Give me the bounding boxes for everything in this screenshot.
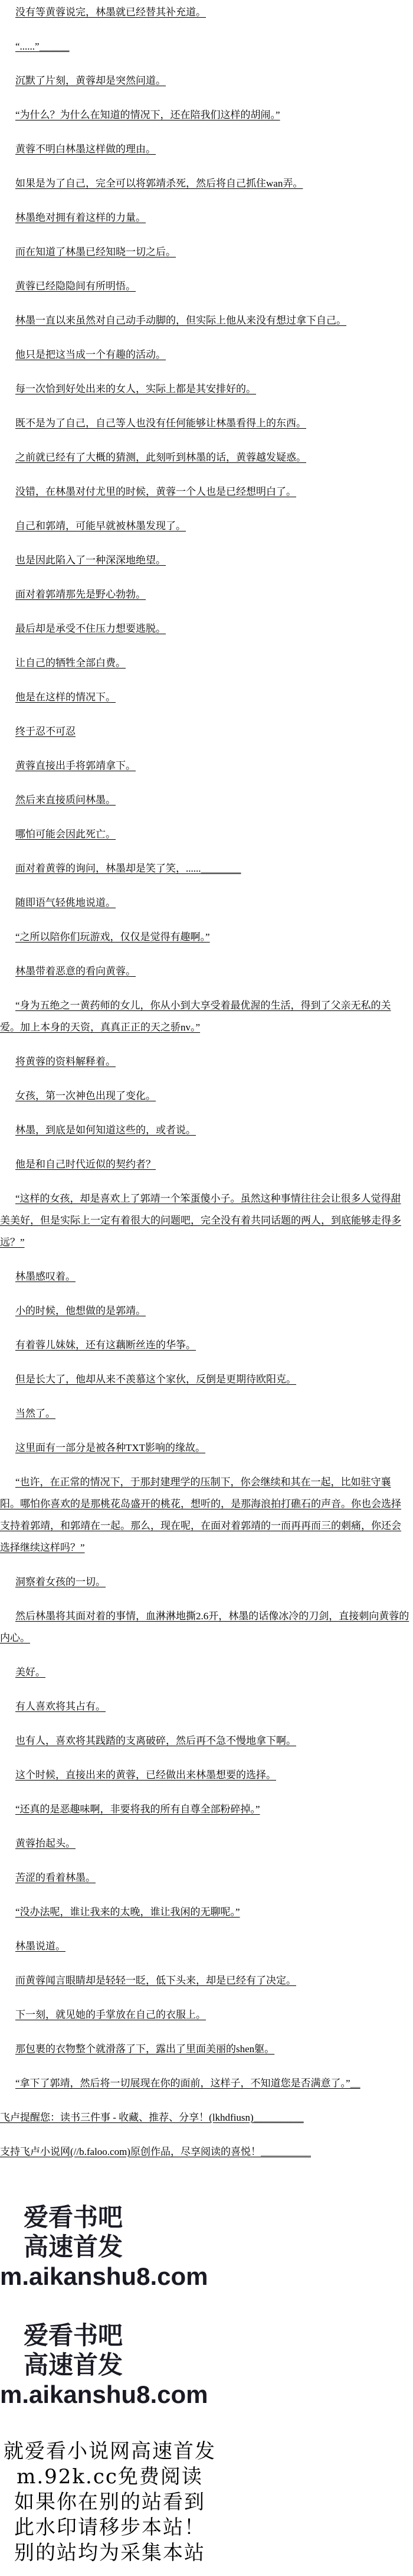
paragraph: 林墨说道。 (0, 1935, 411, 1957)
paragraph: 沉默了片刻，黄蓉却是突然问道。 (0, 70, 411, 92)
paragraph: 支持飞卢小说网(//b.faloo.com)原创作品，尽享阅读的喜悦！＿＿＿＿＿ (0, 2141, 411, 2163)
promo-site-name: 爱看书吧 (0, 2321, 413, 2350)
paragraph: 这里面有一部分是被各种TXT影响的缘故。 (0, 1437, 411, 1459)
paragraph: “拿下了郭靖，然后将一切展现在你的面前，这样子，不知道您是否满意了。”＿ (0, 2072, 411, 2094)
promo-block: 爱看书吧高速首发m.aikanshu8.com (0, 2321, 413, 2409)
paragraph: 美好。 (0, 1661, 411, 1683)
paragraph: 黄蓉已经隐隐间有所明悟。 (0, 275, 411, 297)
paragraph: “之所以陪你们玩游戏，仅仅是觉得有趣啊。” (0, 926, 411, 948)
paragraph: 这个时候，直接出来的黄蓉，已经做出来林墨想要的选择。 (0, 1764, 411, 1786)
paragraph: 林墨绝对拥有着这样的力量。 (0, 207, 411, 229)
watermark-line: 就爱看小说网高速首发 (0, 2439, 219, 2464)
watermark-block: 就爱看小说网高速首发m.92k.cc免费阅读如果你在别的站看到此水印请移步本站！… (0, 2439, 219, 2566)
paragraph: 之前就已经有了大概的猜测，此刻听到林墨的话，黄蓉越发疑惑。 (0, 446, 411, 468)
paragraph: 林墨，到底是如何知道这些的，或者说。 (0, 1119, 411, 1141)
paragraph: 黄蓉直接出手将郭靖拿下。 (0, 755, 411, 777)
paragraph: 既不是为了自己，自己等人也没有任何能够让林墨看得上的东西。 (0, 412, 411, 434)
paragraph: 女孩，第一次神色出现了变化。 (0, 1085, 411, 1107)
chapter-text: 没有等黄蓉说完，林墨就已经替其补充道。“......”＿＿＿沉默了片刻，黄蓉却是… (0, 0, 413, 2163)
paragraph: 黄蓉抬起头。 (0, 1832, 411, 1854)
promo-tagline: 高速首发 (0, 2350, 413, 2380)
paragraph: 随即语气轻佻地说道。 (0, 892, 411, 914)
paragraph: “没办法呢，谁让我来的太晚，谁让我闲的无聊呢。” (0, 1901, 411, 1923)
novel-reader-page: 没有等黄蓉说完，林墨就已经替其补充道。“......”＿＿＿沉默了片刻，黄蓉却是… (0, 0, 413, 2566)
paragraph: “为什么？为什么在知道的情况下，还在陪我们这样的胡闹。” (0, 104, 411, 126)
paragraph: “还真的是恶趣味啊，非要将我的所有自尊全部粉碎掉。” (0, 1798, 411, 1820)
paragraph: 下一刻，就见她的手掌放在自己的衣服上。 (0, 2004, 411, 2026)
paragraph: 洞察着女孩的一切。 (0, 1571, 411, 1593)
paragraph: 飞卢提醒您：读书三件事 - 收藏、推荐、分享！(lkhdfiusn)＿＿＿＿＿ (0, 2107, 411, 2128)
paragraph: 林墨感叹着。 (0, 1266, 411, 1287)
paragraph: 那包裹的衣物整个就滑落了下，露出了里面美丽的shen躯。 (0, 2038, 411, 2060)
paragraph: 也是因此陷入了一种深深地绝望。 (0, 549, 411, 571)
paragraph: 然后来直接质问林墨。 (0, 789, 411, 811)
paragraph: 面对着黄蓉的询问，林墨却是笑了笑，......＿＿＿＿ (0, 857, 411, 879)
paragraph: 然后林墨将其面对着的事情，血淋淋地撕2.6开，林墨的话像冰冷的刀剑，直接刺向黄蓉… (0, 1605, 411, 1649)
paragraph: 他只是把这当成一个有趣的活动。 (0, 344, 411, 366)
promo-section: 爱看书吧高速首发m.aikanshu8.com爱看书吧高速首发m.aikansh… (0, 2203, 413, 2409)
paragraph: 每一次恰到好处出来的女人，实际上都是其安排好的。 (0, 378, 411, 400)
paragraph: “这样的女孩，却是喜欢上了郭靖一个笨蛋傻小子。虽然这种事情往往会让很多人觉得甜美… (0, 1188, 411, 1253)
paragraph: 苦涩的看着林墨。 (0, 1867, 411, 1889)
paragraph: 他是在这样的情况下。 (0, 686, 411, 708)
paragraph: 哪怕可能会因此死亡。 (0, 823, 411, 845)
paragraph: 林墨带着恶意的看向黄蓉。 (0, 960, 411, 982)
paragraph: 但是长大了，他却从来不羡慕这个家伙，反倒是更期待欧阳克。 (0, 1368, 411, 1390)
watermark-line: m.92k.cc免费阅读 (0, 2464, 219, 2490)
watermark-line: 此水印请移步本站！ (0, 2515, 219, 2541)
paragraph: 他是和自己时代近似的契约者？ (0, 1153, 411, 1175)
paragraph: 有人喜欢将其占有。 (0, 1695, 411, 1717)
paragraph: 如果是为了自己，完全可以将郭靖杀死，然后将自己抓住wan弄。 (0, 172, 411, 194)
paragraph: “......”＿＿＿ (0, 35, 411, 57)
paragraph: 没错，在林墨对付尤里的时候，黄蓉一个人也是已经想明白了。 (0, 481, 411, 503)
paragraph: 黄蓉不明白林墨这样做的理由。 (0, 138, 411, 160)
paragraph: “身为五绝之一黄药师的女儿，你从小到大享受着最优渥的生活，得到了父亲无私的关爱。… (0, 994, 411, 1038)
paragraph: 最后却是承受不住压力想要逃脱。 (0, 618, 411, 640)
promo-url: m.aikanshu8.com (0, 2262, 413, 2291)
paragraph: 林墨一直以来虽然对自己动手动脚的，但实际上他从来没有想过拿下自己。 (0, 309, 411, 331)
promo-url: m.aikanshu8.com (0, 2380, 413, 2409)
paragraph: 有着蓉儿妹妹，还有这藕断丝连的华筝。 (0, 1334, 411, 1356)
paragraph: 而在知道了林墨已经知晓一切之后。 (0, 241, 411, 263)
paragraph: 自己和郭靖，可能早就被林墨发现了。 (0, 515, 411, 537)
watermark-line: 如果你在别的站看到 (0, 2490, 219, 2515)
watermark-line: 别的站均为采集本站 (0, 2541, 219, 2566)
paragraph: “也许，在正常的情况下，于那封建理学的压制下，你会继续和其在一起，比如驻守襄阳。… (0, 1471, 411, 1558)
paragraph: 面对着郭靖那先是野心勃勃。 (0, 583, 411, 605)
paragraph: 小的时候，他想做的是郭靖。 (0, 1300, 411, 1322)
paragraph: 终于忍不可忍 (0, 720, 411, 742)
paragraph: 也有人，喜欢将其践踏的支离破碎，然后再不急不慢地拿下啊。 (0, 1730, 411, 1752)
promo-tagline: 高速首发 (0, 2232, 413, 2262)
paragraph: 而黄蓉闻言眼睛却是轻轻一眨，低下头来，却是已经有了决定。 (0, 1970, 411, 1991)
paragraph: 当然了。 (0, 1403, 411, 1424)
paragraph: 没有等黄蓉说完，林墨就已经替其补充道。 (0, 1, 411, 23)
promo-site-name: 爱看书吧 (0, 2203, 413, 2232)
promo-block: 爱看书吧高速首发m.aikanshu8.com (0, 2203, 413, 2291)
paragraph: 让自己的牺牲全部白费。 (0, 652, 411, 674)
paragraph: 将黄蓉的资料解释着。 (0, 1051, 411, 1072)
